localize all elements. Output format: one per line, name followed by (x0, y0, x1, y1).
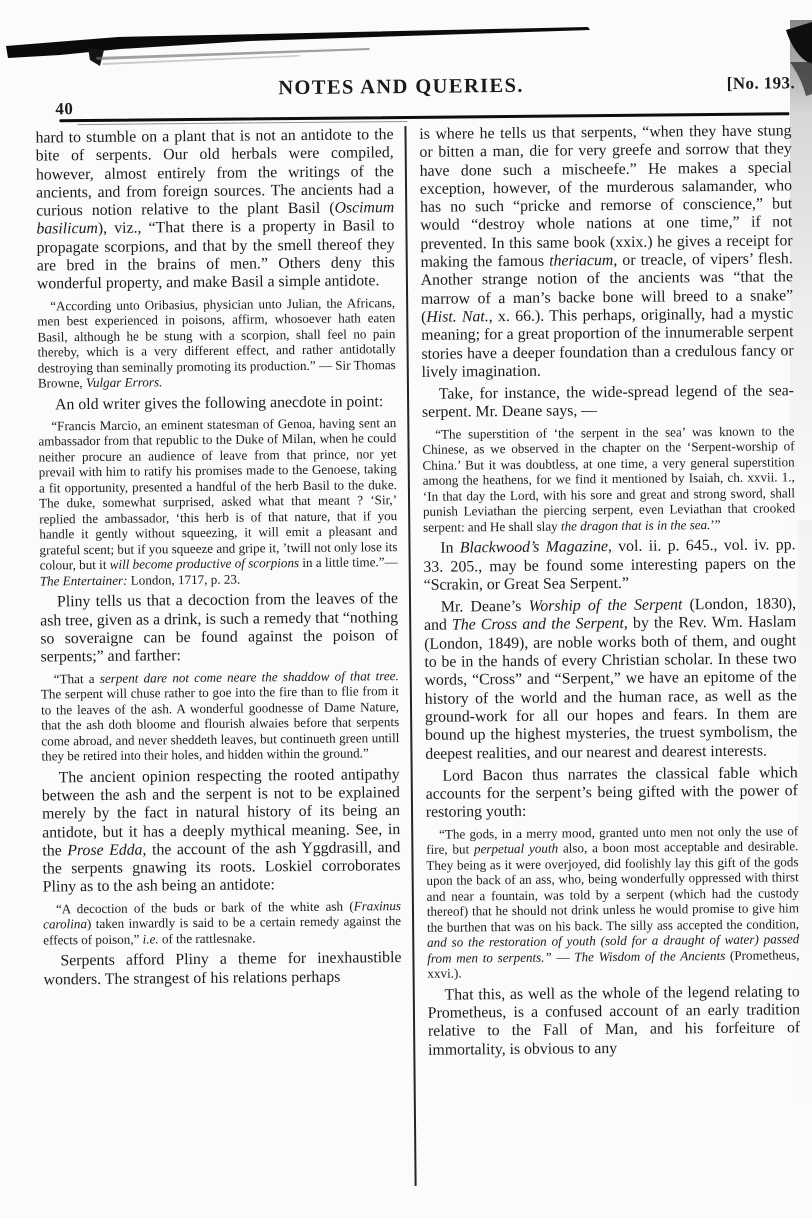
text-segment: Hist. Nat. (426, 308, 489, 326)
paragraph: Pliny tells us that a decoction from the… (40, 591, 399, 668)
text-segment: ’” (710, 517, 720, 532)
text-segment: in a little time.”— (299, 555, 398, 571)
text-segment: Blackwood’s Magazine (460, 538, 608, 556)
text-segment: “Francis Marcio, an eminent statesman of… (38, 415, 397, 573)
quote-block: “A decoction of the buds or bark of the … (43, 898, 401, 948)
text-segment: In (440, 540, 460, 557)
text-segment: , by the Rev. Wm. Haslam (London, 1849),… (424, 614, 797, 763)
text-segment: An old writer gives the following anecdo… (55, 393, 383, 413)
column-divider (404, 126, 416, 1186)
text-segment: Pliny tells us that a decoction from the… (40, 591, 398, 666)
paragraph: In Blackwood’s Magazine, vol. ii. p. 645… (423, 537, 796, 595)
text-segment: Worship of the Serpent (529, 596, 683, 614)
text-segment: i.e. (143, 931, 159, 946)
paragraph: Lord Bacon thus narrates the classical f… (425, 764, 798, 822)
text-segment: of the rattlesnake. (159, 930, 256, 946)
journal-title: NOTES AND QUERIES. (278, 75, 524, 100)
paragraph: The ancient opinion respecting the roote… (42, 766, 401, 898)
text-segment: theriacum (549, 252, 613, 270)
two-column-body: hard to stumble on a plant that is not a… (35, 122, 801, 1197)
running-header: 40 NOTES AND QUERIES. [No. 193. (0, 0, 807, 124)
page-number: 40 (55, 99, 73, 119)
quote-block: “That a serpent dare not come neare the … (41, 668, 400, 764)
text-segment: The Entertainer: (40, 573, 128, 589)
quote-block: “The superstition of ‘the serpent in the… (422, 423, 795, 535)
text-segment: The Wisdom of the Ancients (574, 948, 725, 964)
text-segment: Take, for instance, the wide-spread lege… (422, 382, 794, 421)
text-segment: The Cross and the Serpent (452, 615, 624, 634)
paragraph: That this, as well as the whole of the l… (428, 983, 801, 1060)
text-segment: will become productive of scorpions (110, 555, 300, 572)
text-segment: Serpents afford Pliny a theme for inexha… (44, 949, 402, 988)
text-segment: Lord Bacon thus narrates the classical f… (426, 764, 798, 821)
paragraph: Take, for instance, the wide-spread lege… (422, 382, 795, 422)
paragraph: An old writer gives the following anecdo… (38, 393, 396, 415)
text-segment: perpetual youth (474, 841, 558, 857)
header-rule (59, 112, 789, 122)
text-segment: the dragon that is in the sea. (561, 517, 711, 533)
left-column: hard to stumble on a plant that is not a… (35, 126, 403, 1197)
quote-block: “The gods, in a merry mood, granted unto… (426, 823, 800, 982)
text-segment: is where he tells us that serpents, “whe… (419, 122, 792, 271)
text-segment: Vulgar Errors. (86, 375, 163, 391)
text-segment: — (552, 949, 575, 964)
paragraph: is where he tells us that serpents, “whe… (419, 122, 794, 382)
right-column: is where he tells us that serpents, “whe… (419, 122, 801, 1194)
text-segment: Mr. Deane’s (441, 598, 529, 616)
text-segment: That this, as well as the whole of the l… (428, 983, 801, 1058)
text-segment: London, 1717, p. 23. (127, 572, 240, 588)
text-segment: The serpent will chuse rather to goe int… (41, 683, 400, 763)
paragraph: Serpents afford Pliny a theme for inexha… (43, 949, 401, 989)
issue-number: [No. 193. (727, 73, 795, 94)
paragraph: Mr. Deane’s Worship of the Serpent (Lond… (424, 595, 798, 763)
text-segment: Prose Edda (67, 841, 142, 859)
quote-block: “Francis Marcio, an eminent statesman of… (38, 415, 398, 589)
scanned-page: 40 NOTES AND QUERIES. [No. 193. hard to … (0, 0, 812, 1218)
page-content: 40 NOTES AND QUERIES. [No. 193. hard to … (0, 0, 812, 1218)
quote-block: “According unto Oribasius, physician unt… (37, 295, 396, 391)
paragraph: hard to stumble on a plant that is not a… (35, 126, 395, 294)
text-segment: “That a (54, 671, 100, 686)
